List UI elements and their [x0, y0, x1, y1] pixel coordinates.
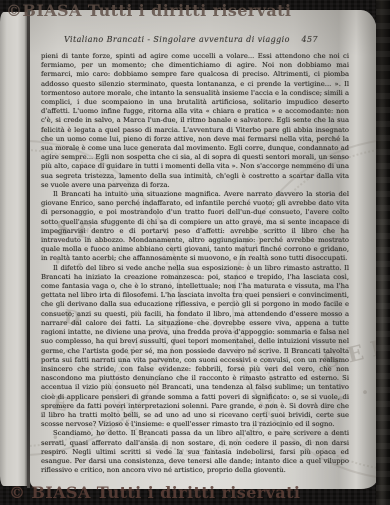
body-text: pieni di tante forze, spinti ad agire co…	[41, 52, 349, 475]
page-number: 457	[302, 35, 318, 44]
paragraph: Scandiamo, ho detto. Il Brancati passa d…	[41, 429, 349, 475]
running-header: Vitaliano Brancati - Singolare avventura…	[64, 35, 318, 44]
paragraph: Il difetto del libro si vede anche nella…	[41, 264, 349, 430]
book-spine-edge	[376, 0, 390, 505]
paragraph: Il Brancati ha intuito una situazione ma…	[41, 190, 349, 264]
book-page: E. D. E. S. E. D. E. S. Vitaliano Branca…	[30, 10, 377, 489]
adjacent-page-edge	[0, 12, 27, 486]
paragraph: pieni di tante forze, spinti ad agire co…	[41, 52, 349, 190]
watermark-top: ©BIASA Tutti i diritti riservati	[6, 1, 291, 20]
scanned-book-photo: { "scan": { "watermark_top": "©BIASA Tut…	[0, 0, 390, 505]
watermark-bottom: © BIASA Tutti i diritti riservati	[9, 483, 300, 502]
header-title: Vitaliano Brancati - Singolare avventura…	[64, 35, 290, 44]
